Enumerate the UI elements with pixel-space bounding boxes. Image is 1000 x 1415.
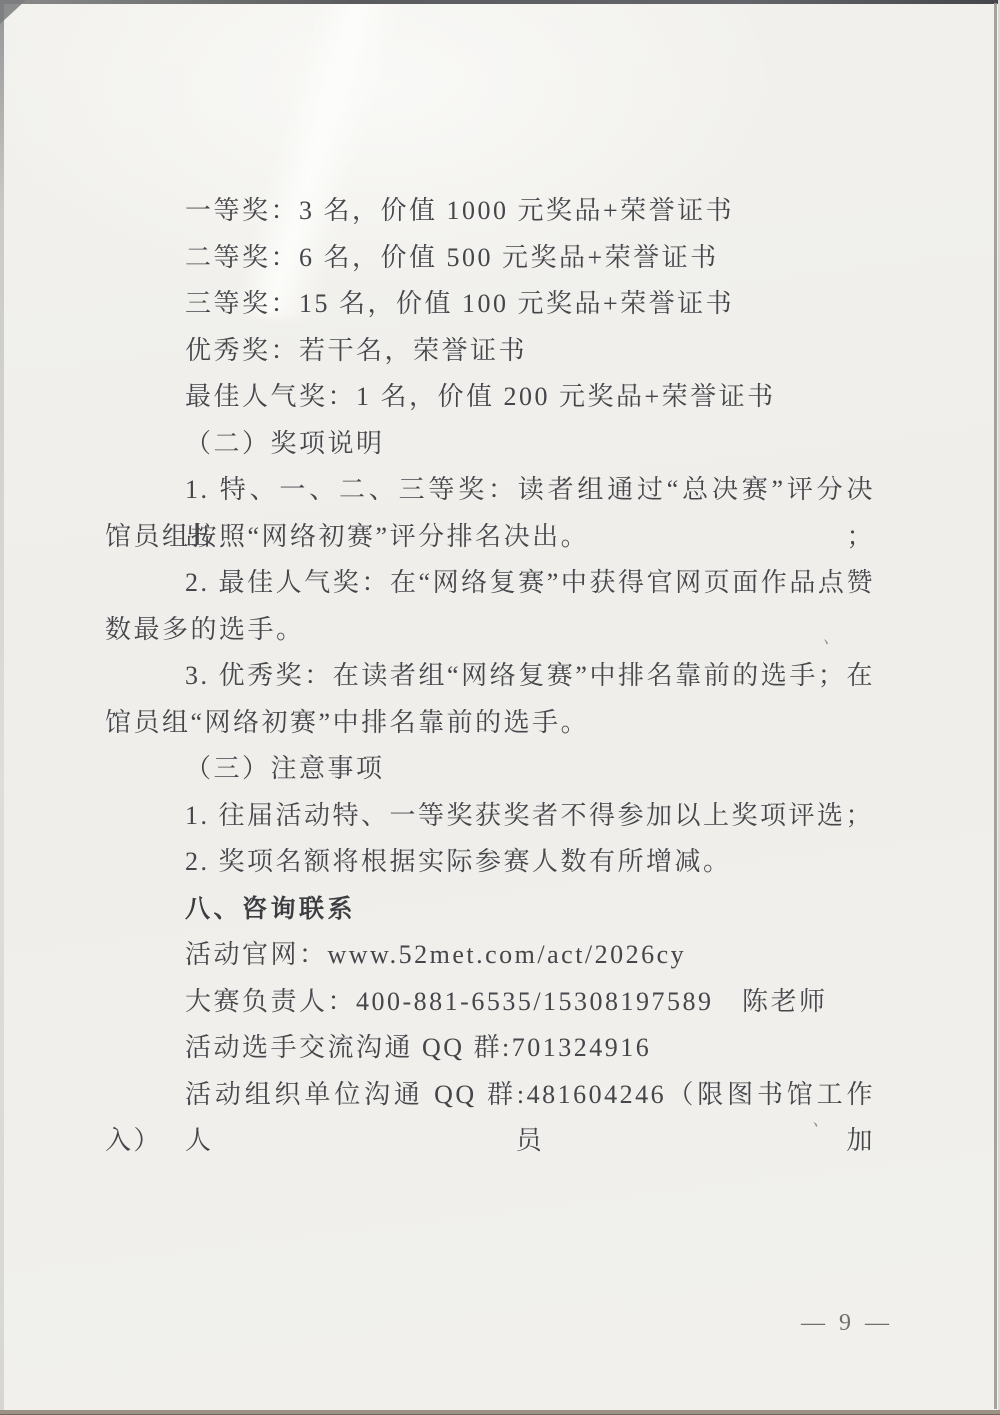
scan-stray-mark: 、 xyxy=(822,628,842,648)
scan-stray-mark: 、 xyxy=(812,1111,831,1130)
text-line: （二）奖项说明 xyxy=(105,421,875,468)
text-line: 2. 奖项名额将根据实际参赛人数有所增减。 xyxy=(105,839,875,886)
text-line: 数最多的选手。 xyxy=(105,607,875,654)
text-line: 一等奖：3 名，价值 1000 元奖品+荣誉证书 xyxy=(105,188,875,235)
text-line: 八、咨询联系 xyxy=(105,886,875,933)
document-text-block: 一等奖：3 名，价值 1000 元奖品+荣誉证书二等奖：6 名，价值 500 元… xyxy=(105,188,875,1165)
text-line: 1. 往届活动特、一等奖获奖者不得参加以上奖项评选； xyxy=(105,793,875,840)
text-line: 优秀奖：若干名，荣誉证书 xyxy=(105,328,875,375)
page-number: — 9 — xyxy=(792,1310,902,1337)
page-left-edge xyxy=(0,0,4,1415)
scan-corner-shadow xyxy=(0,0,26,24)
text-line: 2. 最佳人气奖：在“网络复赛”中获得官网页面作品点赞 xyxy=(105,560,875,607)
text-line: 馆员组“网络初赛”中排名靠前的选手。 xyxy=(105,700,875,747)
text-line: 活动官网：www.52met.com/act/2026cy xyxy=(105,932,875,979)
scanned-document-page: 一等奖：3 名，价值 1000 元奖品+荣誉证书二等奖：6 名，价值 500 元… xyxy=(0,0,1000,1415)
text-line: 二等奖：6 名，价值 500 元奖品+荣誉证书 xyxy=(105,235,875,282)
text-line: 1. 特、一、二、三等奖：读者组通过“总决赛”评分决出； xyxy=(105,467,875,514)
text-line: 活动选手交流沟通 QQ 群:701324916 xyxy=(105,1025,875,1072)
text-line: 最佳人气奖：1 名，价值 200 元奖品+荣誉证书 xyxy=(105,374,875,421)
text-line: 三等奖：15 名，价值 100 元奖品+荣誉证书 xyxy=(105,281,875,328)
page-top-edge xyxy=(0,0,1000,4)
page-right-edge xyxy=(994,3,997,1409)
text-line: （三）注意事项 xyxy=(105,746,875,793)
text-line: 活动组织单位沟通 QQ 群:481604246（限图书馆工作人员加 xyxy=(105,1072,875,1119)
text-line: 3. 优秀奖：在读者组“网络复赛”中排名靠前的选手；在 xyxy=(105,653,875,700)
text-line: 大赛负责人：400-881-6535/15308197589 陈老师 xyxy=(105,979,875,1026)
